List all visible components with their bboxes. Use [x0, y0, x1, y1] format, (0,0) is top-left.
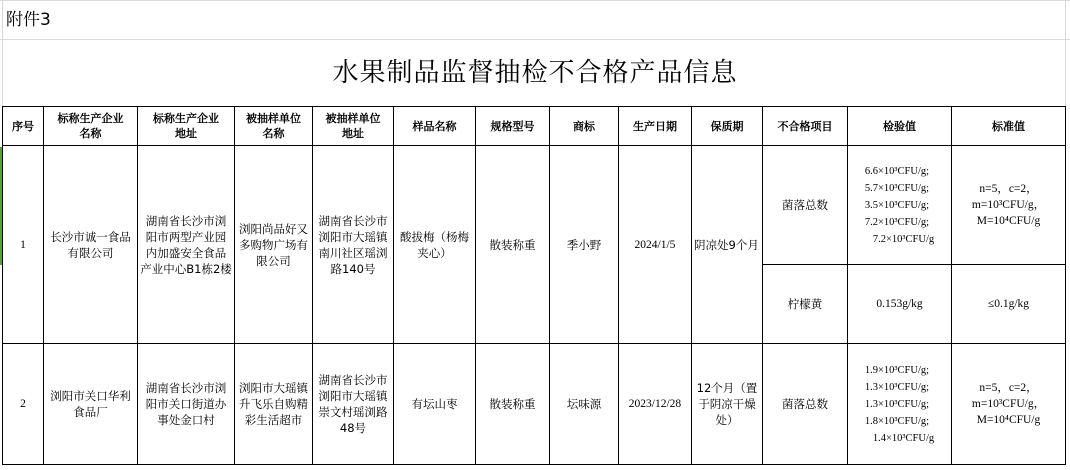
test-value: 1.9×10³CFU/g; [865, 362, 934, 379]
header-brand: 商标 [550, 107, 619, 146]
attachment-label: 附件3 [6, 9, 51, 31]
producer-address-cell: 湖南省长沙市浏 阳市两型产业园 内加盛安全食品 产业中心B1栋2楼 [138, 146, 235, 344]
sampled-unit-address-cell: 湖南省长沙市 浏阳市大瑶镇 崇文村瑶浏路 48号 [313, 344, 394, 465]
standard-line: n=5，c=2， [954, 181, 1063, 197]
sampled-unit-address-cell: 湖南省长沙市 浏阳市大瑶镇 南川社区瑶浏 路140号 [313, 146, 394, 344]
production-date-cell: 2023/12/28 [619, 344, 692, 465]
failed-item-cell: 菌落总数 [763, 344, 848, 465]
standard-value-cell: n=5，c=2， m=10³CFU/g， M=10⁴CFU/g [952, 146, 1066, 265]
header-production-date: 生产日期 [619, 107, 692, 146]
nonconforming-products-table: 序号 标称生产企业 名称 标称生产企业 地址 被抽样单位 名称 被抽样单位 地址… [2, 106, 1066, 465]
test-value: 6.6×10³CFU/g; [865, 163, 934, 180]
sampled-unit-name-cell: 浏阳尚品好又 多购物广场有 限公司 [235, 146, 313, 344]
sampled-unit-name-cell: 浏阳市大瑶镇 升飞乐自购精 彩生活超市 [235, 344, 313, 465]
producer-address-cell: 湖南省长沙市浏 阳市关口街道办 事处金口村 [138, 344, 235, 465]
test-value: 1.3×10³CFU/g; [865, 379, 934, 396]
production-date-cell: 2024/1/5 [619, 146, 692, 344]
shelf-life-cell: 阴凉处9个月 [692, 146, 763, 344]
test-value-cell: 6.6×10³CFU/g; 5.7×10³CFU/g; 3.5×10³CFU/g… [848, 146, 952, 265]
test-value-cell: 0.153g/kg [848, 265, 952, 344]
header-sample-name: 样品名称 [394, 107, 476, 146]
sheet-gridline [0, 0, 1070, 1]
brand-cell: 坛味源 [550, 344, 619, 465]
standard-line: M=10⁴CFU/g [954, 412, 1063, 428]
document-title: 水果制品监督抽检不合格产品信息 [0, 56, 1070, 90]
producer-name-cell: 长沙市诚一食品 有限公司 [44, 146, 138, 344]
test-value: 3.5×10³CFU/g; [865, 197, 934, 214]
spec-cell: 散装称重 [476, 146, 550, 344]
producer-name-cell: 浏阳市关口华利 食品厂 [44, 344, 138, 465]
test-value: 5.7×10³CFU/g; [865, 180, 934, 197]
header-producer-address: 标称生产企业 地址 [138, 107, 235, 146]
sheet-gridline [1065, 0, 1066, 106]
failed-item-cell: 菌落总数 [763, 146, 848, 265]
serial-no-cell: 2 [3, 344, 44, 465]
header-sampled-unit-name: 被抽样单位 名称 [235, 107, 313, 146]
test-value: 7.2×10³CFU/g; [865, 214, 934, 231]
shelf-life-cell: 12个月（置 于阴凉干燥 处） [692, 344, 763, 465]
table-row: 2 浏阳市关口华利 食品厂 湖南省长沙市浏 阳市关口街道办 事处金口村 浏阳市大… [3, 344, 1066, 465]
table-row: 1 长沙市诚一食品 有限公司 湖南省长沙市浏 阳市两型产业园 内加盛安全食品 产… [3, 146, 1066, 265]
test-value-cell: 1.9×10³CFU/g; 1.3×10³CFU/g; 1.3×10³CFU/g… [848, 344, 952, 465]
spec-cell: 散装称重 [476, 344, 550, 465]
test-value: 7.2×10³CFU/g [865, 231, 934, 248]
brand-cell: 季小野 [550, 146, 619, 344]
standard-value-cell: n=5，c=2， m=10³CFU/g， M=10⁴CFU/g [952, 344, 1066, 465]
header-spec: 规格型号 [476, 107, 550, 146]
header-sampled-unit-address: 被抽样单位 地址 [313, 107, 394, 146]
sheet-gridline [2, 0, 3, 106]
sheet-gridline [0, 39, 1070, 40]
standard-line: m=10³CFU/g， [954, 396, 1063, 412]
header-producer-name: 标称生产企业 名称 [44, 107, 138, 146]
test-value-list: 6.6×10³CFU/g; 5.7×10³CFU/g; 3.5×10³CFU/g… [865, 163, 934, 248]
header-shelf-life: 保质期 [692, 107, 763, 146]
header-serial-no: 序号 [3, 107, 44, 146]
test-value: 1.3×10³CFU/g; [865, 396, 934, 413]
test-value-list: 1.9×10³CFU/g; 1.3×10³CFU/g; 1.3×10³CFU/g… [865, 362, 934, 447]
standard-line: m=10³CFU/g， [954, 197, 1063, 213]
header-row: 序号 标称生产企业 名称 标称生产企业 地址 被抽样单位 名称 被抽样单位 地址… [3, 107, 1066, 146]
standard-line: n=5，c=2， [954, 380, 1063, 396]
failed-item-cell: 柠檬黄 [763, 265, 848, 344]
header-failed-item: 不合格项目 [763, 107, 848, 146]
test-value: 1.4×10³CFU/g [865, 430, 934, 447]
sample-name-cell: 有坛山枣 [394, 344, 476, 465]
serial-no-cell: 1 [3, 146, 44, 344]
standard-value-cell: ≤0.1g/kg [952, 265, 1066, 344]
standard-line: M=10⁴CFU/g [954, 213, 1063, 229]
header-test-value: 检验值 [848, 107, 952, 146]
header-standard-value: 标准值 [952, 107, 1066, 146]
test-value: 1.8×10³CFU/g; [865, 413, 934, 430]
sample-name-cell: 酸拔梅（杨梅 夹心） [394, 146, 476, 344]
